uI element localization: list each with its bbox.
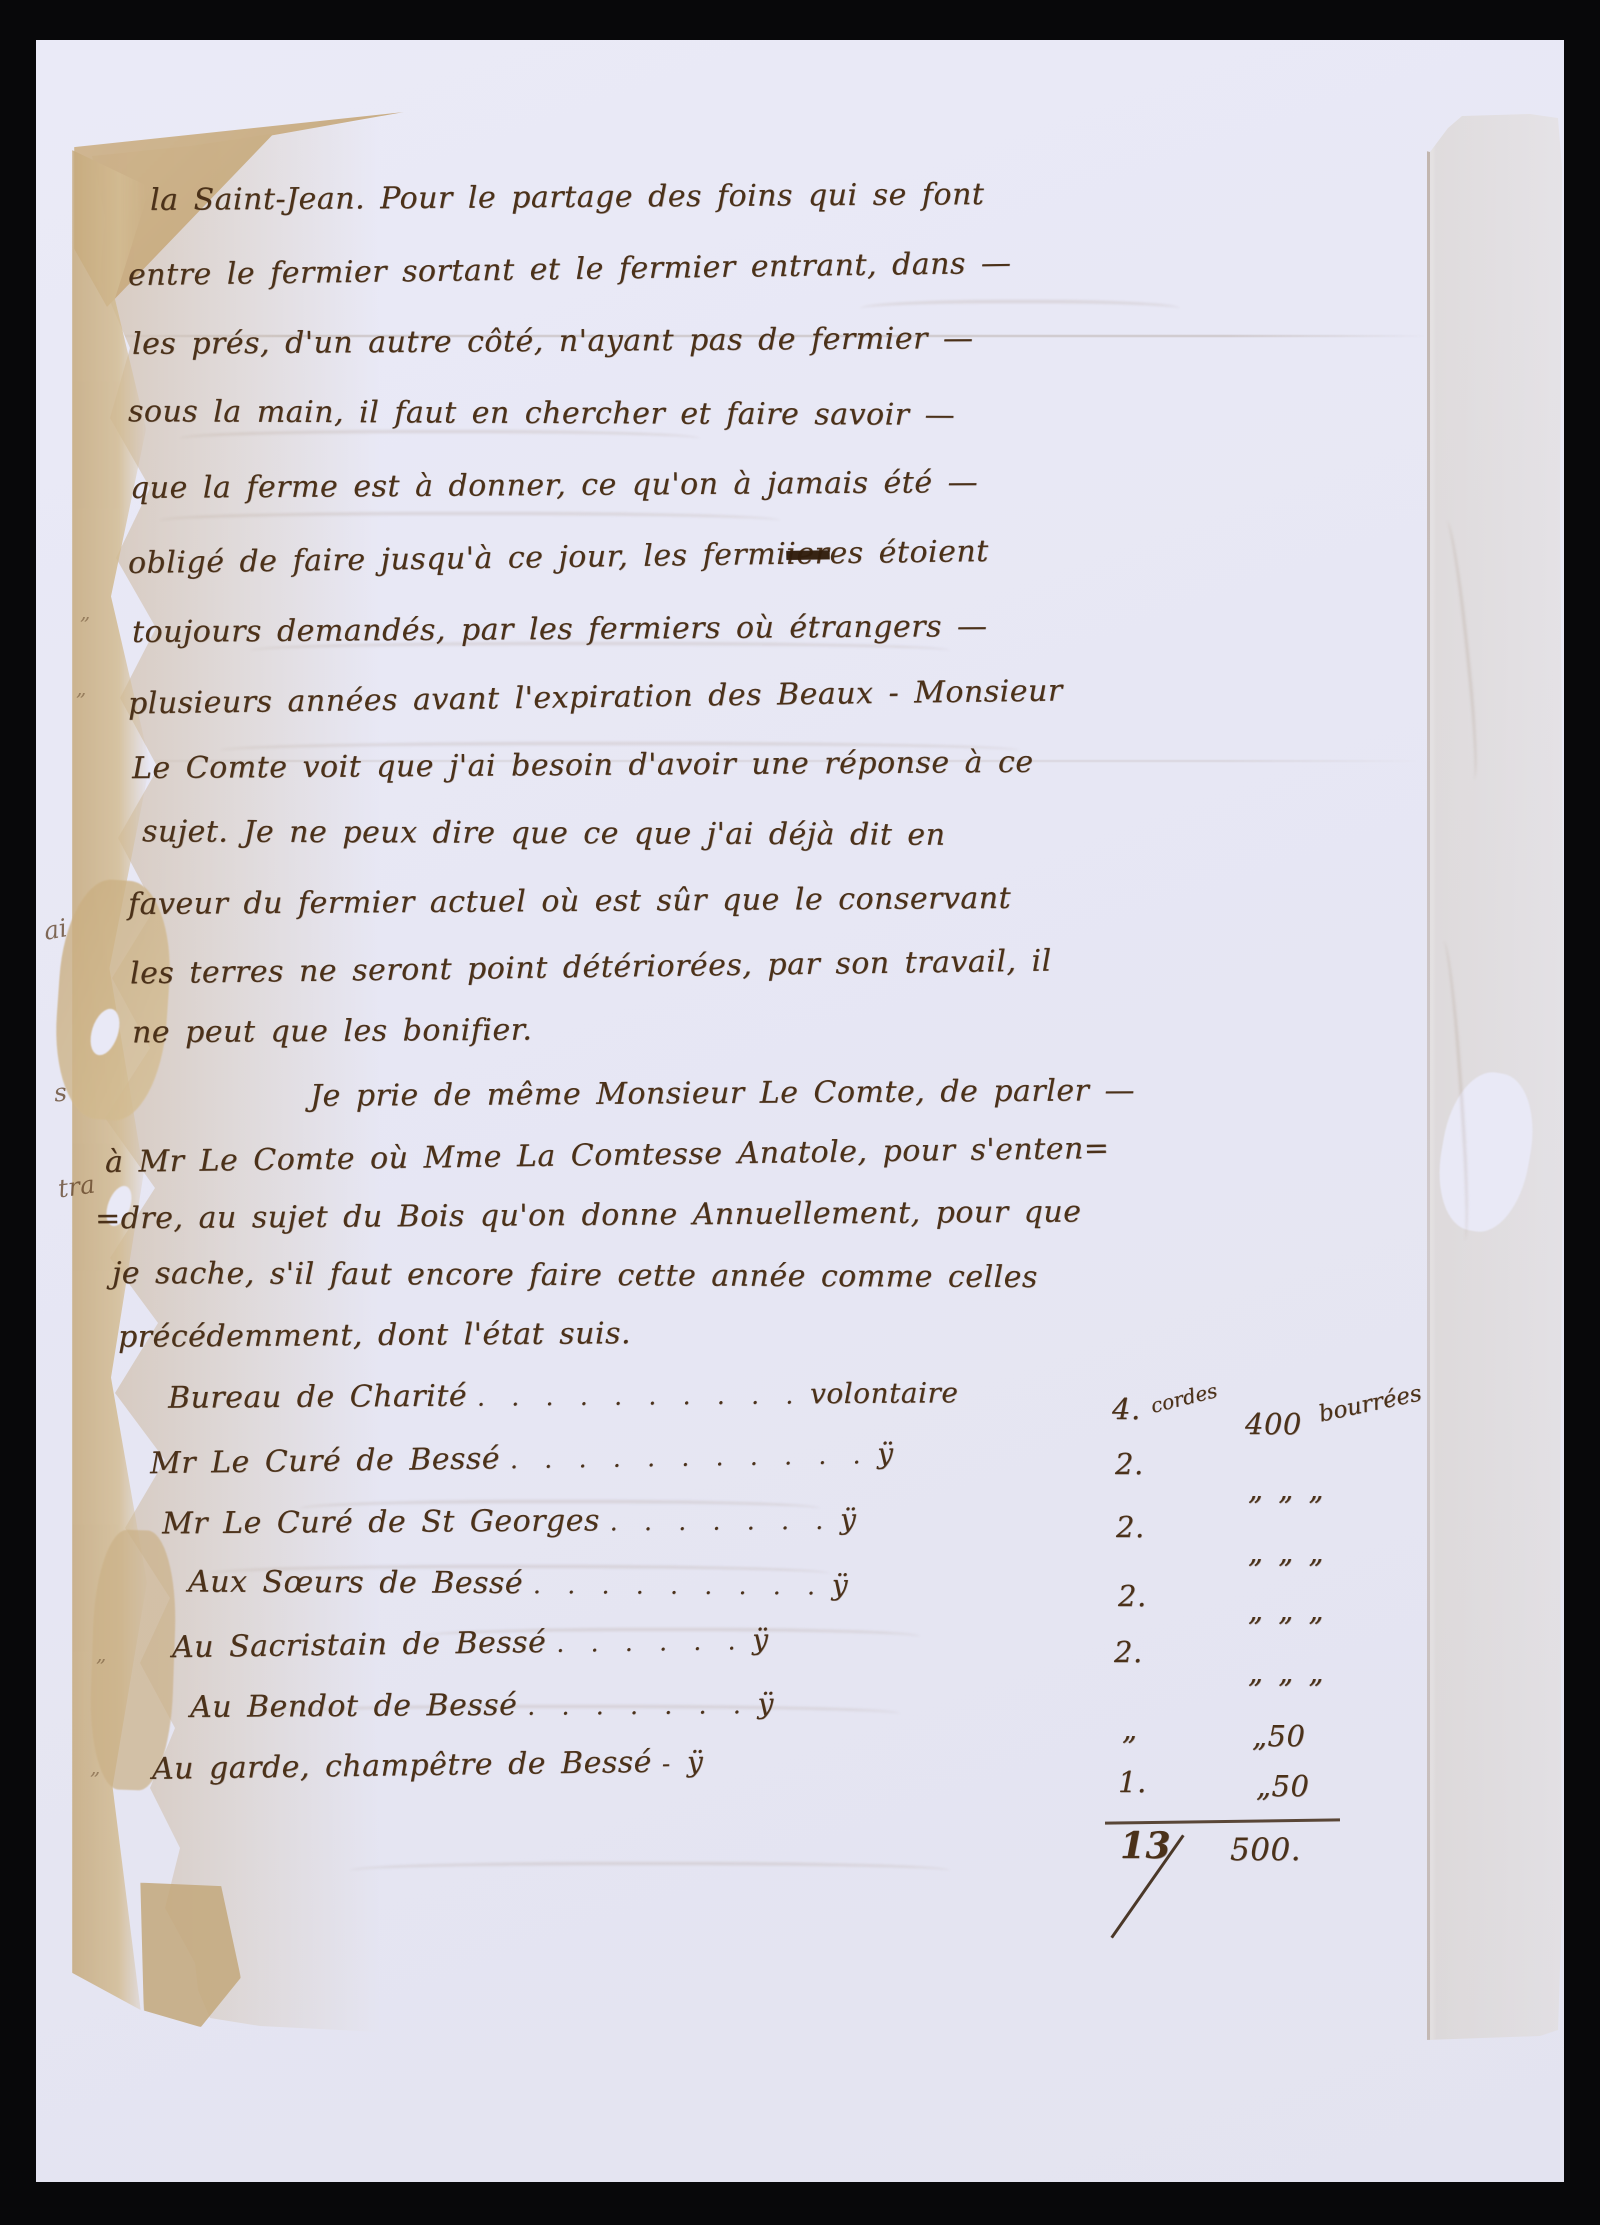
dot-leader: . . . . . . — [546, 1627, 752, 1658]
qty-value: 2. — [1114, 1632, 1143, 1672]
fold-crease — [1427, 142, 1430, 2042]
amount-value: „ „ „ — [1248, 1532, 1324, 1572]
scan-canvas: la Saint-Jean. Pour le partage des foins… — [0, 0, 1600, 2225]
letter-line: Je prie de même Monsieur Le Comte, de pa… — [310, 1071, 1135, 1117]
table-row-label: Au garde, champêtre de Bessé — [152, 1745, 652, 1787]
qty-value: 4. — [1112, 1389, 1141, 1429]
dot-leader: . . . . . . . . . . . — [500, 1441, 878, 1474]
edge-fragment-text: tra — [56, 1170, 97, 1204]
amount-value: „ „ „ — [1248, 1652, 1324, 1692]
row-mark: ÿ — [840, 1503, 857, 1536]
struck-word: ier — [786, 536, 830, 572]
letter-line: faveur du fermier actuel où est sûr que … — [128, 879, 1011, 925]
line-segment: obligé de faire jusqu'à ce jour, les fer… — [128, 537, 787, 581]
letter-line: sujet. Je ne peux dire que ce que j'ai d… — [142, 812, 946, 856]
ghost-writing — [860, 300, 1180, 319]
margin-tick: „ — [76, 676, 86, 700]
margin-tick: „ — [90, 1755, 100, 1779]
row-mark: ÿ — [877, 1437, 894, 1470]
table-row: Au Sacristain de Bessé. . . . . .ÿ — [172, 1620, 769, 1669]
letter-line: ne peut que les bonifier. — [132, 1011, 533, 1054]
table-row: Aux Sœurs de Bessé. . . . . . . . .ÿ — [188, 1563, 848, 1607]
amount-value: „ „ „ — [1248, 1590, 1324, 1630]
margin-tick: „ — [80, 600, 90, 624]
amount-value: „ „ „ — [1248, 1469, 1324, 1509]
letter-line: je sache, s'il faut encore faire cette a… — [112, 1254, 1038, 1298]
letter-line: sous la main, il faut en chercher et fai… — [128, 392, 955, 436]
line-segment: es étoient — [829, 534, 989, 571]
ghost-writing — [350, 1862, 950, 1881]
dot-leader: . . . . . . . — [600, 1507, 840, 1537]
letter-line: que la ferme est à donner, ce qu'on à ja… — [130, 463, 978, 509]
dot-leader: . . . . . . . . . — [523, 1571, 832, 1600]
table-row-label: Mr Le Curé de Bessé — [150, 1441, 501, 1481]
qty-value: 2. — [1115, 1444, 1144, 1484]
table-row: Au Bendot de Bessé. . . . . . .ÿ — [190, 1684, 774, 1729]
total-amount: 500. — [1230, 1830, 1301, 1870]
letter-line: les prés, d'un autre côté, n'ayant pas d… — [132, 319, 974, 365]
qty-value: „ — [1122, 1709, 1138, 1749]
margin-tick: „ — [96, 1642, 106, 1666]
letter-line: Le Comte voit que j'ai besoin d'avoir un… — [132, 743, 1034, 789]
qty-value: 1. — [1118, 1762, 1147, 1802]
row-mark: ÿ — [832, 1568, 848, 1601]
table-row-label: Bureau de Charité — [168, 1379, 467, 1416]
row-mark: volontaire — [810, 1376, 959, 1410]
letter-line: toujours demandés, par les fermiers où é… — [132, 607, 988, 653]
edge-fragment-text: ai — [42, 913, 70, 946]
letter-line: précédemment, dont l'état suis. — [118, 1314, 631, 1358]
qty-value: 2. — [1116, 1507, 1145, 1547]
letter-line: la Saint-Jean. Pour le partage des foins… — [150, 175, 985, 221]
amount-value: „50 — [1256, 1766, 1309, 1806]
dot-leader: - — [652, 1749, 687, 1777]
amount-value: „50 — [1252, 1716, 1305, 1756]
dot-leader: . . . . . . . . . . — [467, 1381, 810, 1411]
table-row-label: Mr Le Curé de St Georges — [162, 1503, 600, 1541]
letter-line: =dre, au sujet du Bois qu'on donne Annue… — [95, 1193, 1082, 1240]
qty-value: 2. — [1118, 1576, 1147, 1616]
row-mark: ÿ — [687, 1745, 704, 1778]
table-row-label: Au Sacristain de Bessé — [172, 1625, 547, 1665]
table-row-label: Au Bendot de Bessé — [190, 1688, 518, 1725]
dot-leader: . . . . . . . — [517, 1691, 757, 1721]
table-row-label: Aux Sœurs de Bessé — [188, 1565, 523, 1601]
row-mark: ÿ — [752, 1623, 769, 1656]
table-row: Au garde, champêtre de Bessé-ÿ — [152, 1742, 704, 1791]
table-row: Bureau de Charité. . . . . . . . . .volo… — [168, 1373, 959, 1420]
ghost-writing — [160, 512, 780, 531]
row-mark: ÿ — [757, 1687, 774, 1720]
amount-value: 400 — [1245, 1404, 1302, 1444]
table-row: Mr Le Curé de St Georges. . . . . . .ÿ — [162, 1500, 857, 1546]
